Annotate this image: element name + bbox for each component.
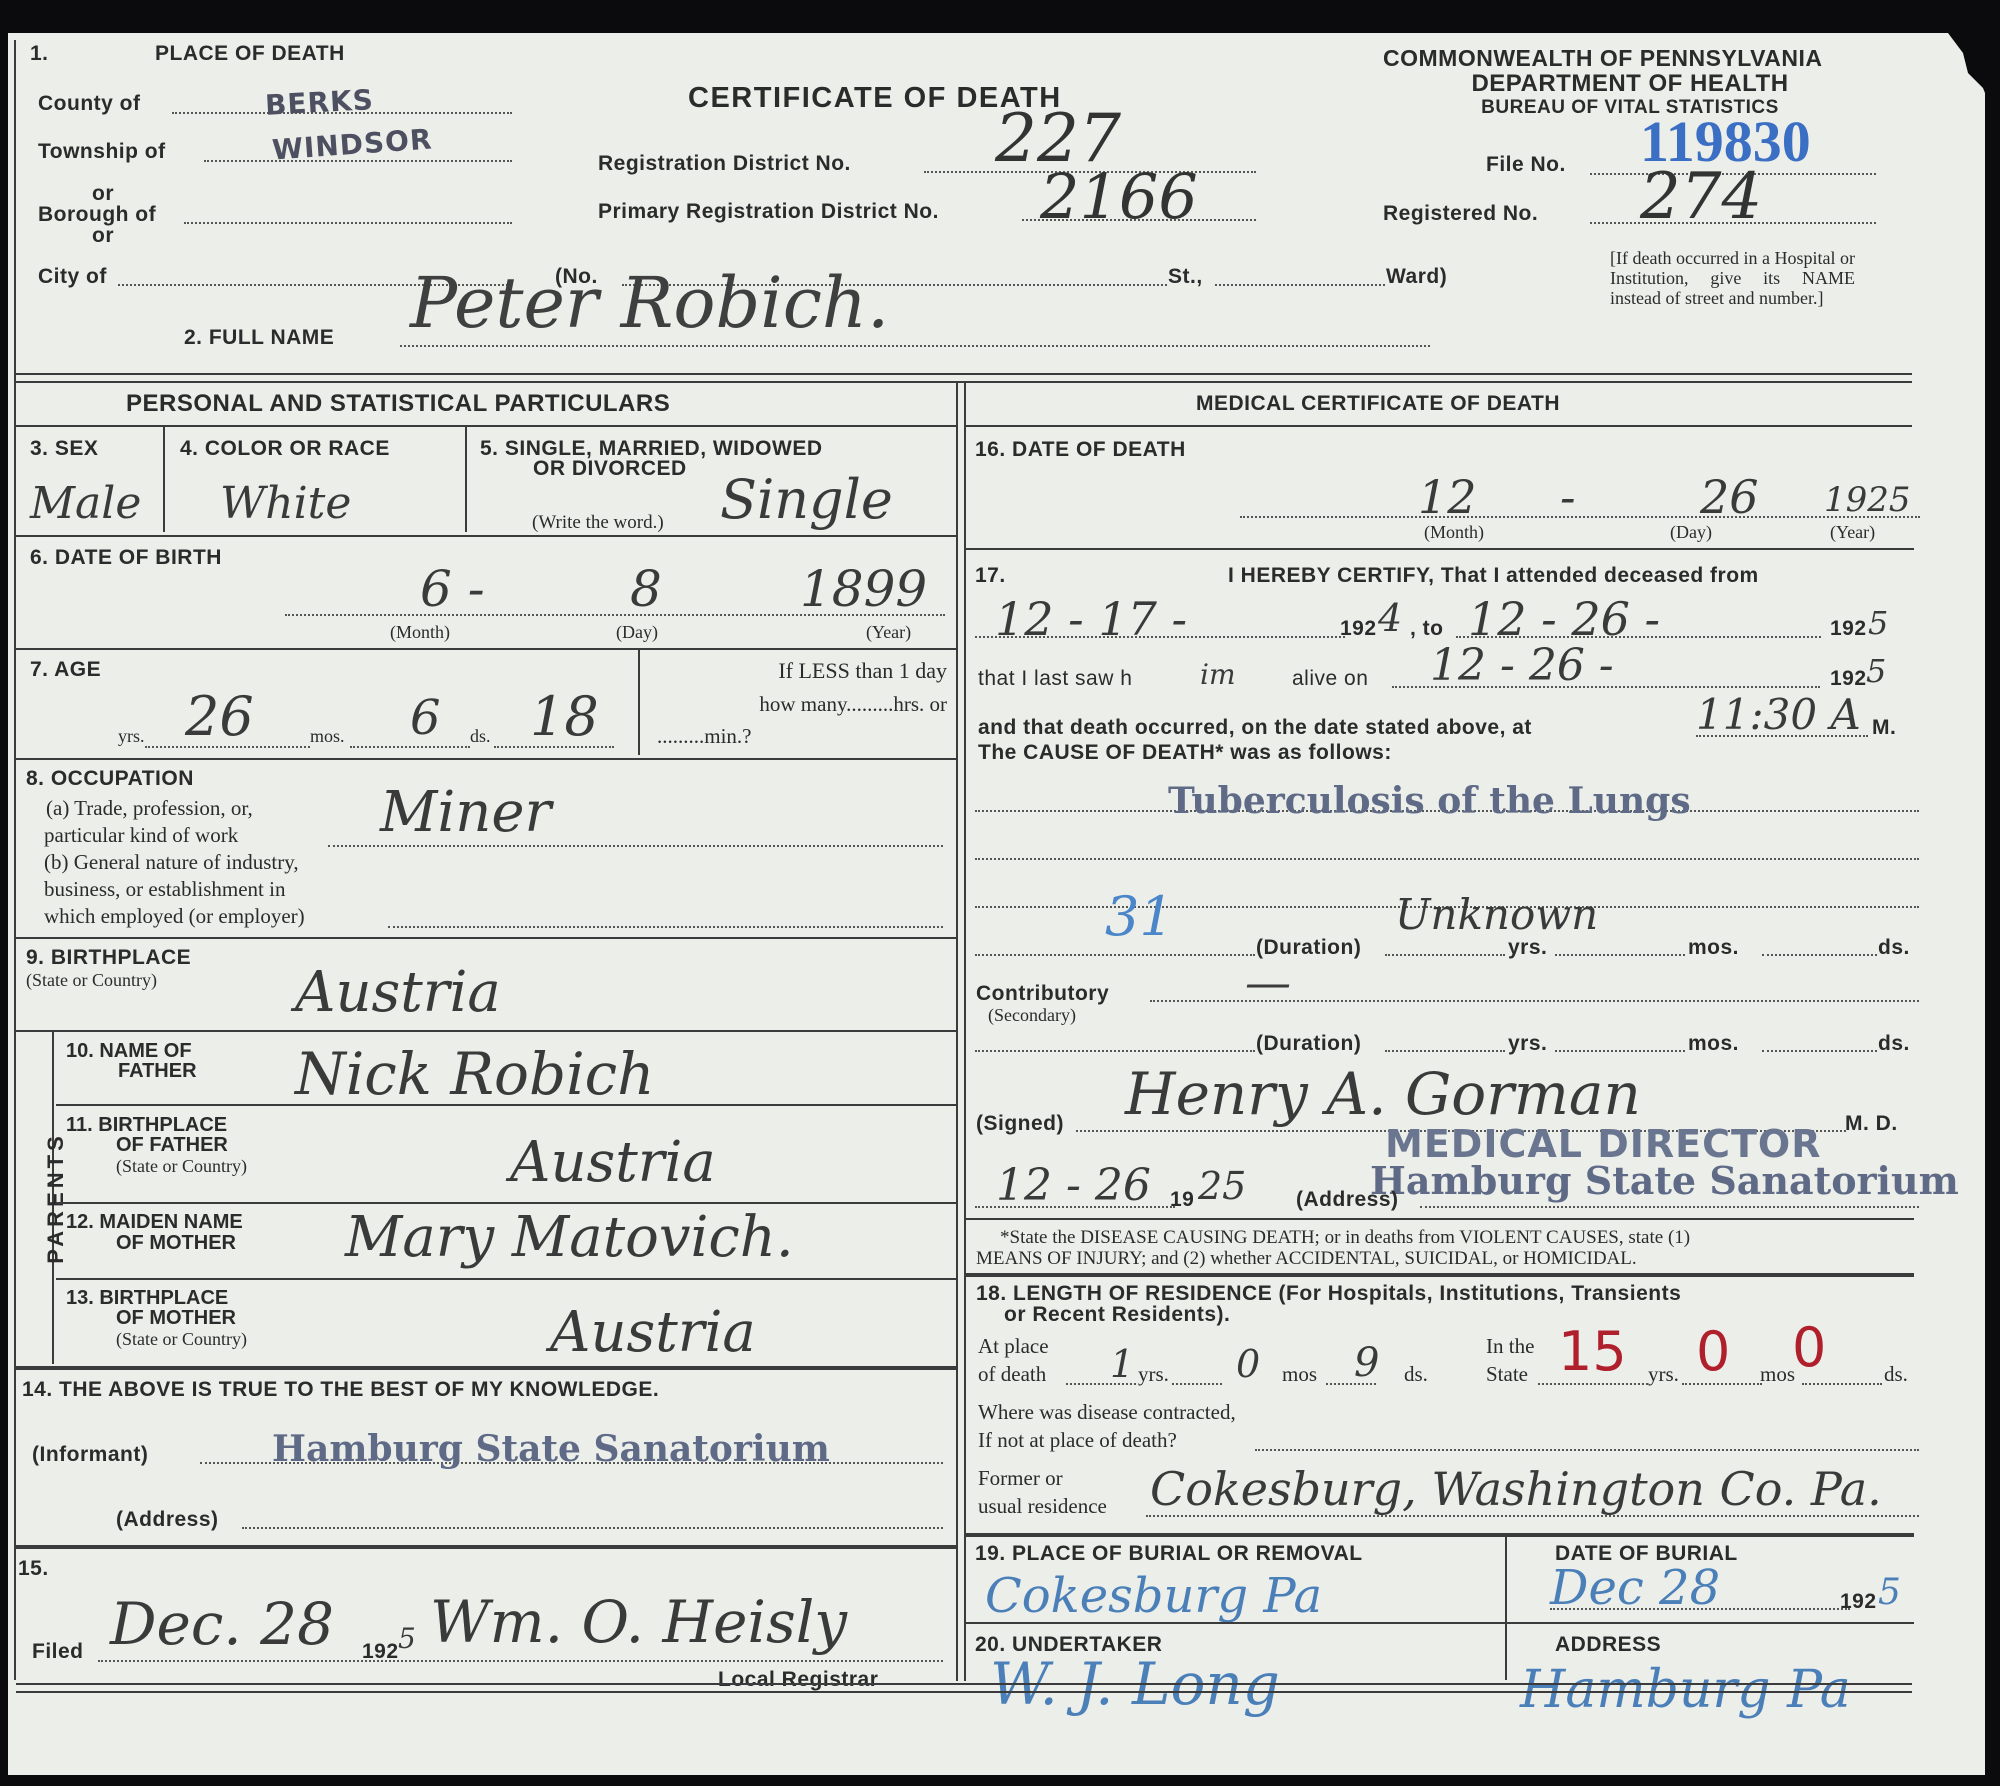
medical-rule-2 xyxy=(964,548,1914,550)
or-text-2: or xyxy=(92,224,114,248)
burial-date-value[interactable]: Dec 28 xyxy=(1550,1560,1720,1616)
birthplace-label: 9. BIRTHPLACE xyxy=(26,946,191,970)
registrar-caption: Local Registrar xyxy=(718,1668,878,1692)
in-state-label-2: State xyxy=(1486,1362,1528,1387)
state-days-value[interactable]: 0 xyxy=(1792,1316,1826,1379)
footnote-line-2: MEANS OF INJURY; and (2) whether ACCIDEN… xyxy=(976,1248,1637,1270)
ward-line xyxy=(1215,284,1385,286)
filed-label: Filed xyxy=(32,1640,84,1664)
less-than-day-line-2: how many.........hrs. or xyxy=(657,692,947,717)
occupation-label: 8. OCCUPATION xyxy=(26,767,194,791)
to-label: , to xyxy=(1410,617,1444,641)
contributory-value[interactable]: — xyxy=(1245,955,1291,1009)
full-name-label: 2. FULL NAME xyxy=(184,326,334,350)
hospital-note: [If death occurred in a Hospital or Inst… xyxy=(1610,248,1855,308)
item-15-label: 15. xyxy=(18,1557,49,1581)
place-months-caption: mos xyxy=(1282,1362,1317,1387)
death-time-label: and that death occurred, on the date sta… xyxy=(978,716,1532,740)
personal-rule-6 xyxy=(16,1030,956,1032)
age-years-caption: yrs. xyxy=(118,726,145,747)
attended-to-year-prefix: 192 xyxy=(1830,617,1867,641)
street-label: St., xyxy=(1168,265,1203,289)
parents-rule-3 xyxy=(56,1278,956,1280)
occupation-b-line-2: business, or establishment in xyxy=(44,877,285,902)
alive-on-label: alive on xyxy=(1292,667,1368,691)
duration-value[interactable]: Unknown xyxy=(1395,890,1598,939)
undertaker-address-label: ADDRESS xyxy=(1555,1633,1661,1657)
death-dash: - xyxy=(1560,470,1576,524)
birthplace-sub-label: (State or Country) xyxy=(26,970,157,991)
place-months-line xyxy=(1172,1383,1222,1385)
place-years-caption: yrs. xyxy=(1138,1362,1169,1387)
secondary-months-line xyxy=(1555,1050,1685,1052)
personal-rule-8 xyxy=(16,1545,956,1549)
medical-section-title: MEDICAL CERTIFICATE OF DEATH xyxy=(1196,392,1560,416)
age-days-value[interactable]: 18 xyxy=(530,685,599,748)
attended-from-year-prefix: 192 xyxy=(1340,617,1377,641)
header-rule-1 xyxy=(16,373,1912,375)
secondary-duration-years-line xyxy=(1385,1050,1505,1052)
death-month-caption: (Month) xyxy=(1424,522,1484,543)
birth-month-caption: (Month) xyxy=(390,622,450,643)
secondary-duration-label: (Duration) xyxy=(1256,1032,1361,1056)
personal-rule-7 xyxy=(16,1366,956,1370)
signed-year-prefix: 19 xyxy=(1170,1188,1194,1212)
residence-title-2: or Recent Residents). xyxy=(1004,1303,1230,1327)
item-17-label: 17. xyxy=(975,564,1006,588)
former-residence-value[interactable]: Cokesburg, Washington Co. Pa. xyxy=(1150,1462,1882,1516)
age-years-value[interactable]: 26 xyxy=(185,685,254,748)
less-than-day-line-3: .........min.? xyxy=(657,724,752,749)
duration-line-left xyxy=(975,954,1255,956)
mother-birthplace-value[interactable]: Austria xyxy=(550,1300,756,1365)
medical-rule-1 xyxy=(964,425,1912,427)
father-birthplace-label-3: (State or Country) xyxy=(116,1156,247,1177)
occupation-b-line-3: which employed (or employer) xyxy=(44,904,305,929)
burial-place-value[interactable]: Cokesburg Pa xyxy=(985,1568,1322,1624)
occupation-b-line xyxy=(388,926,943,928)
left-border xyxy=(14,40,16,1680)
age-divider xyxy=(638,650,640,755)
birth-month-value[interactable]: 6 - xyxy=(420,560,485,618)
personal-rule-3 xyxy=(16,648,956,650)
personal-rule-5 xyxy=(16,937,956,939)
state-years-line xyxy=(1538,1383,1648,1385)
mother-name-label-1: 12. MAIDEN NAME xyxy=(66,1211,243,1234)
duration-days-caption: ds. xyxy=(1878,936,1910,960)
undertaker-address-value[interactable]: Hamburg Pa xyxy=(1520,1660,1851,1720)
death-time-suffix: M. xyxy=(1872,716,1896,740)
secondary-days-line xyxy=(1762,1050,1877,1052)
file-number-label: File No. xyxy=(1486,153,1566,177)
parents-side-label: PARENTS xyxy=(43,1132,69,1264)
registered-number-label: Registered No. xyxy=(1383,202,1538,226)
physician-signature[interactable]: Henry A. Gorman xyxy=(1125,1060,1641,1128)
attended-to-year-suffix[interactable]: 5 xyxy=(1868,604,1888,642)
sex-divider xyxy=(163,427,165,532)
md-label: M. D. xyxy=(1845,1112,1898,1136)
contracted-label-1: Where was disease contracted, xyxy=(978,1400,1236,1425)
place-of-death-number: 1. xyxy=(30,42,49,66)
place-days-value[interactable]: 9 xyxy=(1354,1340,1379,1386)
father-birthplace-label-2: OF FATHER xyxy=(116,1134,228,1157)
duration-months-caption: mos. xyxy=(1688,936,1739,960)
duration-months-line xyxy=(1555,954,1685,956)
duration-years-caption: yrs. xyxy=(1508,936,1547,960)
death-day-caption: (Day) xyxy=(1670,522,1712,543)
age-days-caption: ds. xyxy=(470,726,491,747)
borough-line xyxy=(184,222,512,224)
county-label: County of xyxy=(38,92,140,116)
filed-line xyxy=(98,1660,943,1662)
death-time-value[interactable]: 11:30 A xyxy=(1696,690,1861,739)
full-name-value[interactable]: Peter Robich. xyxy=(410,262,889,344)
cause-line-2 xyxy=(975,858,1919,860)
state-months-value[interactable]: 0 xyxy=(1696,1320,1730,1383)
occupation-a-line-1: (a) Trade, profession, or, xyxy=(46,796,253,821)
former-residence-label-2: usual residence xyxy=(978,1494,1107,1519)
death-year-caption: (Year) xyxy=(1830,522,1875,543)
informant-address-line xyxy=(242,1527,943,1529)
father-name-label-2: FATHER xyxy=(118,1060,197,1083)
township-label: Township of xyxy=(38,140,166,164)
institution-stamp[interactable]: Hamburg State Sanatorium xyxy=(1370,1158,1959,1203)
secondary-years-caption: yrs. xyxy=(1508,1032,1547,1056)
county-value[interactable]: BERKS xyxy=(264,83,374,122)
signed-label: (Signed) xyxy=(976,1112,1064,1136)
informant-stamp[interactable]: Hamburg State Sanatorium xyxy=(272,1428,830,1470)
date-of-birth-label: 6. DATE OF BIRTH xyxy=(30,546,222,570)
death-year-value[interactable]: 1925 xyxy=(1824,480,1911,520)
personal-rule-4 xyxy=(16,758,956,760)
medical-rule-5 xyxy=(964,1533,1914,1537)
last-saw-date[interactable]: 12 - 26 - xyxy=(1430,640,1614,691)
primary-registration-value[interactable]: 2166 xyxy=(1040,160,1198,233)
informant-label: (Informant) xyxy=(32,1443,148,1467)
burial-year-prefix: 192 xyxy=(1840,1590,1877,1614)
place-of-death-title: PLACE OF DEATH xyxy=(155,42,345,66)
birth-day-value[interactable]: 8 xyxy=(630,560,662,618)
state-years-caption: yrs. xyxy=(1648,1362,1679,1387)
age-months-caption: mos. xyxy=(310,726,345,747)
less-than-day-line-1: If LESS than 1 day xyxy=(657,658,947,684)
secondary-days-caption: ds. xyxy=(1878,1032,1910,1056)
father-name-value[interactable]: Nick Robich xyxy=(295,1040,654,1108)
medical-rule-3 xyxy=(964,1218,1914,1220)
personal-rule-2 xyxy=(16,535,956,537)
date-of-death-label: 16. DATE OF DEATH xyxy=(975,438,1186,462)
at-place-label-2: of death xyxy=(978,1362,1046,1387)
attended-from-value[interactable]: 12 - 17 - xyxy=(995,592,1187,646)
physician-address-label: (Address) xyxy=(1296,1188,1399,1212)
last-saw-year-prefix: 192 xyxy=(1830,667,1867,691)
duration-years-line xyxy=(1385,954,1505,956)
in-state-label-1: In the xyxy=(1486,1334,1534,1359)
filed-year-suffix[interactable]: 5 xyxy=(398,1622,416,1655)
attended-from-year-suffix[interactable]: 4 xyxy=(1378,596,1402,640)
place-months-value[interactable]: 0 xyxy=(1236,1342,1260,1386)
occupation-a-line xyxy=(328,845,943,847)
age-months-value[interactable]: 6 xyxy=(410,690,441,746)
occupation-value[interactable]: Miner xyxy=(380,780,551,845)
contracted-line xyxy=(1255,1449,1919,1451)
mother-birthplace-label-3: (State or Country) xyxy=(116,1329,247,1350)
physician-address-line xyxy=(1420,1206,1919,1208)
race-divider xyxy=(465,427,467,532)
parents-rule-2 xyxy=(56,1202,956,1204)
mother-name-label-2: OF MOTHER xyxy=(116,1232,236,1255)
mother-name-value[interactable]: Mary Matovich. xyxy=(345,1205,794,1270)
bottom-rule-1 xyxy=(16,1683,1912,1685)
contributory-sub-label: (Secondary) xyxy=(988,1005,1076,1026)
last-saw-pronoun[interactable]: im xyxy=(1200,658,1236,691)
filed-year-prefix: 192 xyxy=(362,1640,399,1664)
place-days-caption: ds. xyxy=(1404,1362,1428,1387)
sex-label: 3. SEX xyxy=(30,437,98,461)
contracted-label-2: If not at place of death? xyxy=(978,1428,1177,1453)
at-place-label-1: At place xyxy=(978,1334,1049,1359)
personal-rule-1 xyxy=(16,425,956,427)
former-residence-label-1: Former or xyxy=(978,1466,1063,1491)
agency-line-1: COMMONWEALTH OF PENNSYLVANIA xyxy=(1383,45,1822,72)
state-days-line xyxy=(1802,1383,1882,1385)
sex-value[interactable]: Male xyxy=(30,478,141,529)
burial-rule xyxy=(964,1622,1914,1624)
cause-label: The CAUSE OF DEATH* was as follows: xyxy=(978,741,1392,765)
bottom-rule-2 xyxy=(16,1691,1912,1693)
true-statement: 14. THE ABOVE IS TRUE TO THE BEST OF MY … xyxy=(22,1378,659,1402)
primary-registration-label: Primary Registration District No. xyxy=(598,200,939,224)
place-years-value[interactable]: 1 xyxy=(1110,1342,1134,1386)
race-label: 4. COLOR OR RACE xyxy=(180,437,390,461)
filed-date-value[interactable]: Dec. 28 xyxy=(110,1590,334,1658)
agency-line-2: DEPARTMENT OF HEALTH xyxy=(1383,70,1877,98)
death-day-value[interactable]: 26 xyxy=(1700,470,1759,524)
cause-code-value[interactable]: 31 xyxy=(1105,885,1174,948)
last-saw-year-suffix[interactable]: 5 xyxy=(1866,652,1886,690)
footnote-line-1: *State the DISEASE CAUSING DEATH; or in … xyxy=(1000,1227,1690,1249)
cause-of-death-stamp[interactable]: Tuberculosis of the Lungs xyxy=(1168,780,1691,822)
registration-district-label: Registration District No. xyxy=(598,152,851,176)
last-saw-label: that I last saw h xyxy=(978,667,1132,691)
registered-number-value[interactable]: 274 xyxy=(1640,160,1762,234)
full-name-line xyxy=(400,345,1430,347)
marital-hint: (Write the word.) xyxy=(532,512,664,534)
marital-label-2: OR DIVORCED xyxy=(533,457,687,481)
birthplace-value[interactable]: Austria xyxy=(295,960,501,1025)
personal-section-title: PERSONAL AND STATISTICAL PARTICULARS xyxy=(126,390,670,418)
marital-value[interactable]: Single xyxy=(720,468,893,531)
birth-day-caption: (Day) xyxy=(616,622,658,643)
city-label: City of xyxy=(38,265,107,289)
burial-place-label: 19. PLACE OF BURIAL OR REMOVAL xyxy=(975,1542,1363,1566)
duration-days-line xyxy=(1762,954,1877,956)
signed-date-value[interactable]: 12 - 26 xyxy=(996,1160,1151,1211)
burial-divider xyxy=(1505,1537,1507,1680)
parents-rule-1 xyxy=(56,1104,956,1106)
age-months-line xyxy=(350,746,470,748)
secondary-duration-line-left xyxy=(975,1050,1255,1052)
birth-year-value[interactable]: 1899 xyxy=(800,560,927,618)
registrar-signature[interactable]: Wm. O. Heisly xyxy=(430,1588,847,1656)
burial-year-suffix[interactable]: 5 xyxy=(1878,1572,1901,1613)
attended-to-value[interactable]: 12 - 26 - xyxy=(1468,592,1660,646)
date-of-death-line xyxy=(1240,516,1920,518)
informant-address-label: (Address) xyxy=(116,1508,219,1532)
contributory-label: Contributory xyxy=(976,982,1109,1006)
occupation-b-line-1: (b) General nature of industry, xyxy=(44,850,299,875)
medical-rule-4 xyxy=(964,1273,1914,1277)
certify-text: I HEREBY CERTIFY, That I attended deceas… xyxy=(1228,564,1759,588)
state-years-value[interactable]: 15 xyxy=(1558,1320,1627,1383)
father-birthplace-value[interactable]: Austria xyxy=(510,1130,716,1195)
race-value[interactable]: White xyxy=(220,478,351,529)
death-month-value[interactable]: 12 xyxy=(1418,470,1477,524)
center-divider xyxy=(956,383,966,1681)
secondary-months-caption: mos. xyxy=(1688,1032,1739,1056)
mother-birthplace-label-2: OF MOTHER xyxy=(116,1307,236,1330)
state-days-caption: ds. xyxy=(1884,1362,1908,1387)
ward-label: Ward) xyxy=(1386,265,1447,289)
signed-year-suffix[interactable]: 25 xyxy=(1198,1164,1246,1208)
age-label: 7. AGE xyxy=(30,658,101,682)
state-months-line xyxy=(1682,1383,1762,1385)
birth-year-caption: (Year) xyxy=(866,622,911,643)
occupation-a-line-2: particular kind of work xyxy=(44,823,238,848)
state-months-caption: mos xyxy=(1760,1362,1795,1387)
